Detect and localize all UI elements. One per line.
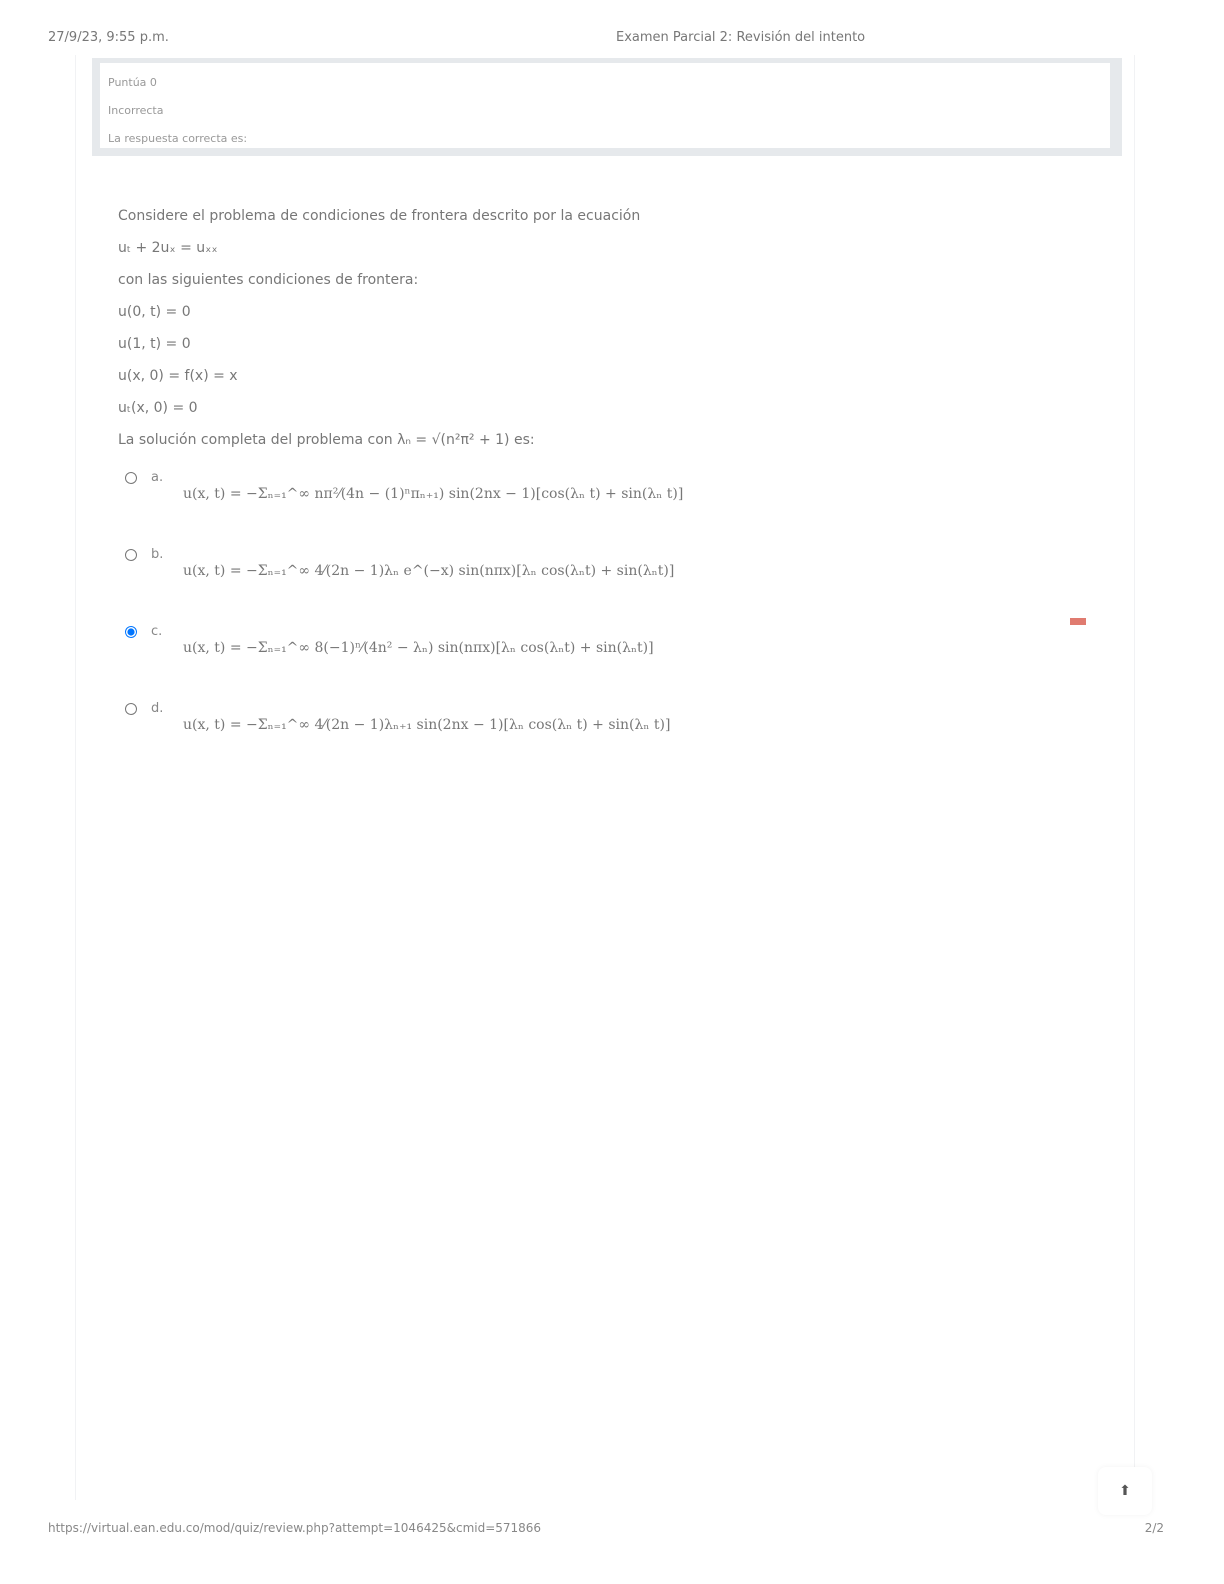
option-radio[interactable] <box>125 626 137 638</box>
answer-options: a. u(x, t) = −Σₙ₌₁^∞ nπ²⁄(4n − (1)ⁿπₙ₊₁)… <box>125 468 1025 776</box>
option-formula: u(x, t) = −Σₙ₌₁^∞ 4⁄(2n − 1)λₙ₊₁ sin(2nx… <box>183 717 670 733</box>
option-formula: u(x, t) = −Σₙ₌₁^∞ 8(−1)ⁿ⁄(4n² − λₙ) sin(… <box>183 640 654 656</box>
option-b[interactable]: b. u(x, t) = −Σₙ₌₁^∞ 4⁄(2n − 1)λₙ e^(−x)… <box>125 545 1025 622</box>
arrow-up-icon: ⬆ <box>1119 1483 1131 1499</box>
conditions-label: con las siguientes condiciones de fronte… <box>118 269 1078 291</box>
option-a[interactable]: a. u(x, t) = −Σₙ₌₁^∞ nπ²⁄(4n − (1)ⁿπₙ₊₁)… <box>125 468 1025 545</box>
option-formula: u(x, t) = −Σₙ₌₁^∞ 4⁄(2n − 1)λₙ e^(−x) si… <box>183 563 674 579</box>
print-date: 27/9/23, 9:55 p.m. <box>48 30 169 45</box>
option-letter: a. <box>151 470 163 485</box>
option-radio[interactable] <box>125 703 137 715</box>
conditions-list: u(0, t) = 0 u(1, t) = 0 u(x, 0) = f(x) =… <box>118 301 1078 419</box>
print-title: Examen Parcial 2: Revisión del intento <box>616 30 865 45</box>
option-radio[interactable] <box>125 549 137 561</box>
incorrect-icon <box>1070 618 1086 625</box>
question-equation: uₜ + 2uₓ = uₓₓ <box>118 237 1078 259</box>
feedback-correct-answer: La respuesta correcta es: <box>108 125 1102 153</box>
option-c[interactable]: c. u(x, t) = −Σₙ₌₁^∞ 8(−1)ⁿ⁄(4n² − λₙ) s… <box>125 622 1025 699</box>
option-letter: b. <box>151 547 163 562</box>
condition: uₜ(x, 0) = 0 <box>118 397 1078 419</box>
question-text: Considere el problema de condiciones de … <box>118 205 1078 461</box>
back-to-top-button[interactable]: ⬆ <box>1098 1467 1152 1515</box>
feedback-status: Incorrecta <box>108 97 1102 125</box>
option-radio[interactable] <box>125 472 137 484</box>
feedback-score: Puntúa 0 <box>108 69 1102 97</box>
option-d[interactable]: d. u(x, t) = −Σₙ₌₁^∞ 4⁄(2n − 1)λₙ₊₁ sin(… <box>125 699 1025 776</box>
feedback-box: Puntúa 0 Incorrecta La respuesta correct… <box>92 58 1122 156</box>
feedback-content: Puntúa 0 Incorrecta La respuesta correct… <box>100 63 1110 148</box>
option-formula: u(x, t) = −Σₙ₌₁^∞ nπ²⁄(4n − (1)ⁿπₙ₊₁) si… <box>183 486 683 502</box>
print-url: https://virtual.ean.edu.co/mod/quiz/revi… <box>48 1521 541 1535</box>
option-letter: c. <box>151 624 162 639</box>
question-intro: Considere el problema de condiciones de … <box>118 205 1078 227</box>
option-letter: d. <box>151 701 163 716</box>
condition: u(0, t) = 0 <box>118 301 1078 323</box>
condition: u(1, t) = 0 <box>118 333 1078 355</box>
solution-statement: La solución completa del problema con λₙ… <box>118 429 1078 451</box>
print-header: 27/9/23, 9:55 p.m. Examen Parcial 2: Rev… <box>48 30 1176 50</box>
condition: u(x, 0) = f(x) = x <box>118 365 1078 387</box>
page-number: 2/2 <box>1145 1521 1164 1535</box>
